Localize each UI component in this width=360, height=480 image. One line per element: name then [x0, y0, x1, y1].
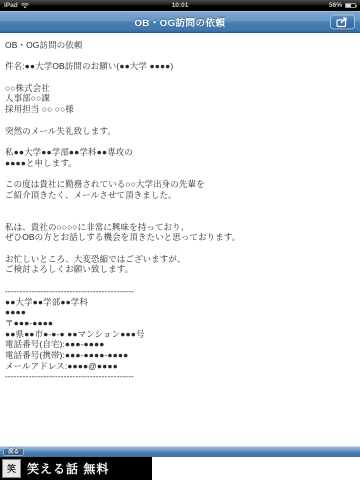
status-bar: iPad 10:01 56%	[0, 0, 360, 11]
email-line	[5, 72, 355, 83]
email-line: 電話番号(携帯):●●●-●●●●-●●●●	[5, 350, 355, 361]
email-line: お忙しいところ、大変恐縮ではございますが、	[5, 254, 355, 265]
wifi-icon	[21, 3, 29, 9]
email-line: 〒●●●-●●●●	[5, 318, 355, 329]
email-body[interactable]: OB・OG訪問の依頼 件名:●●大学OB訪問のお願い(●●大学 ●●●●) ○○…	[0, 33, 360, 446]
email-line	[5, 136, 355, 147]
share-button[interactable]	[330, 14, 355, 29]
bottom-toolbar: 戻る	[0, 446, 360, 457]
email-line	[5, 200, 355, 211]
email-line: ●●県●●市●-●-● ●●マンション●●●号	[5, 329, 355, 340]
email-line	[5, 115, 355, 126]
email-line: メールアドレス:●●●●@●●●●	[5, 361, 355, 372]
email-line	[5, 168, 355, 179]
email-line: ●●●●と申します。	[5, 158, 355, 169]
email-line	[5, 211, 355, 222]
email-line: 電話番号(自宅):●●●-●●●●	[5, 339, 355, 350]
ad-label: 笑える話 無料	[27, 460, 109, 477]
ad-app-icon: 笑	[2, 459, 21, 478]
email-line: ----------------------------------------…	[5, 371, 355, 382]
app-screen: iPad 10:01 56% OB・OG訪問の依頼	[0, 0, 360, 480]
email-line: 採用担当 ○○ ○○様	[5, 104, 355, 115]
battery-icon	[345, 3, 356, 8]
email-line: ●●●●	[5, 307, 355, 318]
email-line: OB・OG訪問の依頼	[5, 40, 355, 51]
email-line	[5, 243, 355, 254]
email-line: 件名:●●大学OB訪問のお願い(●●大学 ●●●●)	[5, 61, 355, 72]
email-line: ぜひOBの方とお話しする機会を頂きたいと思っております。	[5, 232, 355, 243]
email-line: 人事部○○課	[5, 93, 355, 104]
page-title: OB・OG訪問の依頼	[134, 15, 225, 29]
email-line: ●●大学●●学部●●学科	[5, 297, 355, 308]
email-line: 私は、貴社の○○○○に非常に興味を持っており、	[5, 222, 355, 233]
email-line	[5, 51, 355, 62]
clock: 10:01	[74, 2, 286, 9]
share-action-icon	[336, 16, 349, 27]
email-line: ご紹介頂きたく、メールさせて頂きました。	[5, 190, 355, 201]
email-line: この度は貴社に勤務されている○○大学出身の先輩を	[5, 179, 355, 190]
ad-banner-row: 笑 笑える話 無料	[0, 457, 360, 480]
email-line: 私●●大学●●学部●●学科●●専攻の	[5, 147, 355, 158]
email-line: 突然のメール失礼致します。	[5, 126, 355, 137]
battery-percent: 56%	[329, 2, 342, 9]
ad-banner[interactable]: 笑 笑える話 無料	[0, 457, 152, 480]
email-line: ご検討よろしくお願い致します。	[5, 264, 355, 275]
email-line	[5, 275, 355, 286]
back-button[interactable]: 戻る	[3, 448, 24, 456]
carrier-label: iPad	[4, 2, 18, 9]
email-line: ----------------------------------------…	[5, 286, 355, 297]
email-line: ○○株式会社	[5, 83, 355, 94]
nav-bar: OB・OG訪問の依頼	[0, 11, 360, 33]
